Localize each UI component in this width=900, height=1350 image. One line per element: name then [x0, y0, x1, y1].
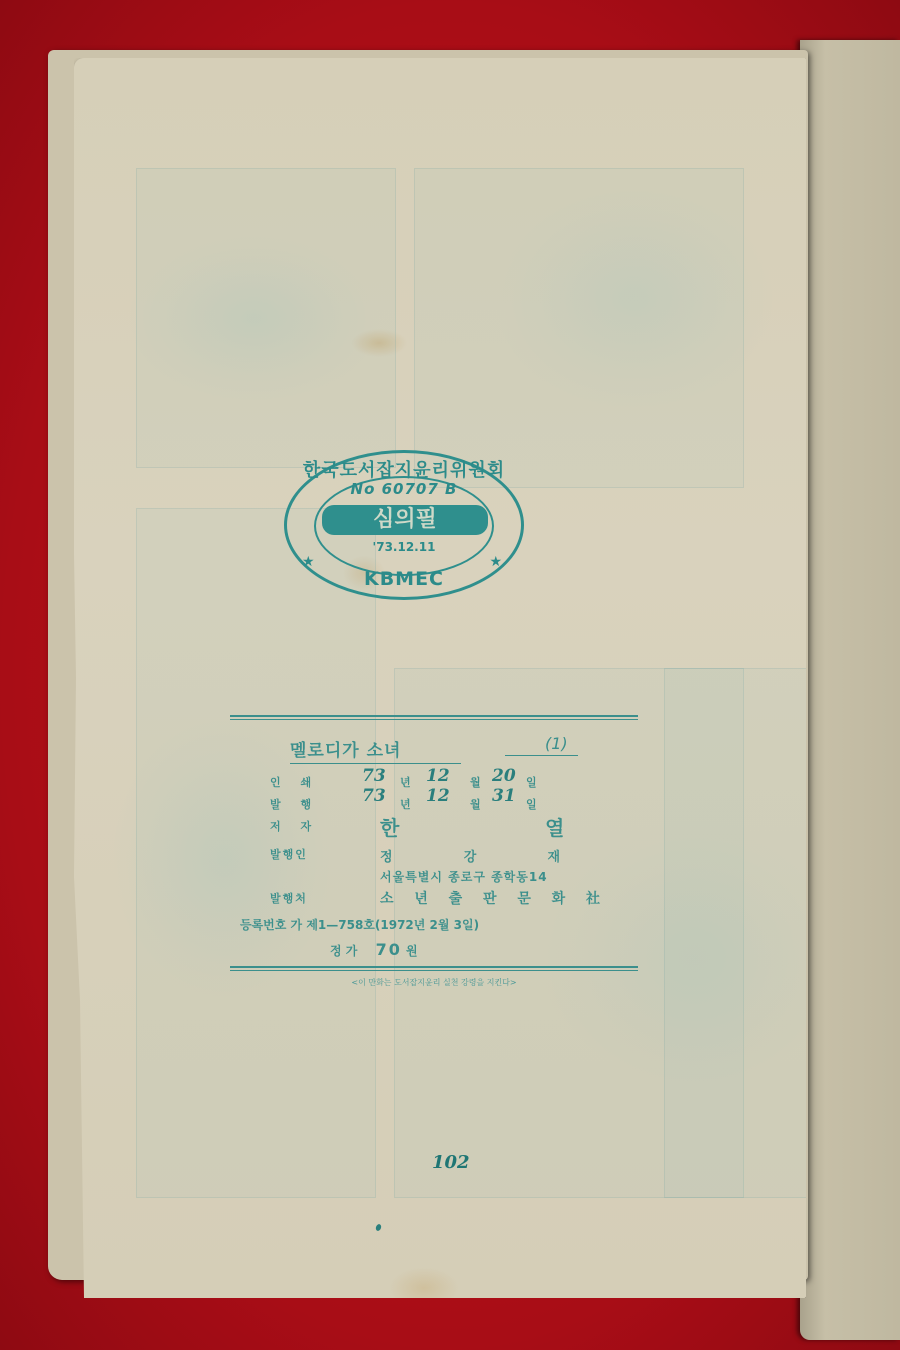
- name-char: 재: [547, 846, 560, 865]
- publisher-char: 문: [517, 888, 531, 908]
- day-unit: 일: [526, 774, 537, 790]
- publisher-person-name: 정 강 재: [380, 846, 560, 865]
- registration-number: 등록번호 가 제1—758호(1972년 2월 3일): [240, 916, 479, 933]
- stamp-serial: No 60707 B: [284, 480, 524, 498]
- address-row: 서울특별시 종로구 종학동14: [230, 864, 638, 886]
- publisher-row: 발행처 소 년 출 판 문 화 社: [230, 886, 638, 912]
- publish-date-label: 발 행: [270, 796, 319, 812]
- year-unit: 년: [400, 796, 411, 812]
- page-number: 102: [432, 1152, 470, 1173]
- publisher-person-label: 발행인: [270, 846, 308, 862]
- author-char: 열: [545, 812, 564, 841]
- day-unit: 일: [526, 796, 537, 812]
- price: 정 가 70 원: [330, 940, 418, 959]
- bottom-double-rule: [230, 966, 638, 971]
- author-char: 한: [380, 812, 399, 841]
- price-unit: 원: [406, 944, 418, 958]
- stamp-code: KBMEC: [284, 568, 524, 590]
- name-char: 강: [464, 846, 477, 865]
- publisher-char: 년: [414, 888, 428, 908]
- price-value: 70: [376, 940, 402, 959]
- publisher-char: 화: [552, 888, 566, 908]
- colophon-block: 멜로디가 소녀 (1) 인 쇄 73 년 12 월 20 일 발 행 73 년 …: [230, 715, 638, 988]
- publisher-label: 발행처: [270, 890, 308, 906]
- top-double-rule: [230, 715, 638, 720]
- year-unit: 년: [400, 774, 411, 790]
- publish-day: 31: [492, 786, 516, 806]
- registration-row: 등록번호 가 제1—758호(1972년 2월 3일): [230, 912, 638, 938]
- publisher-char: 출: [449, 888, 463, 908]
- publisher-char: 판: [483, 888, 497, 908]
- price-label: 정 가: [330, 944, 357, 958]
- price-row: 정 가 70 원: [230, 938, 638, 966]
- volume-number: (1): [505, 734, 578, 756]
- print-month: 12: [426, 766, 450, 786]
- print-date-label: 인 쇄: [270, 774, 319, 790]
- bleed-through-panel: [414, 168, 744, 488]
- colophon-page: [74, 58, 806, 1298]
- month-unit: 월: [470, 796, 481, 812]
- title-row: 멜로디가 소녀 (1): [230, 730, 638, 770]
- ethics-note: <이 만화는 도서잡지윤리 실천 강령을 지킨다>: [230, 977, 638, 988]
- facing-page: [800, 40, 900, 1340]
- publish-date-row: 발 행 73 년 12 월 31 일: [230, 792, 638, 814]
- author-label: 저 자: [270, 818, 319, 834]
- stamp-arc-text: 한국도서잡지윤리위원회: [284, 456, 524, 482]
- author-row: 저 자 한 열: [230, 814, 638, 842]
- bleed-through-panel: [664, 668, 806, 1198]
- stamp-approved-band: 심의필: [322, 505, 488, 535]
- print-year: 73: [362, 766, 386, 786]
- publisher-address: 서울특별시 종로구 종학동14: [380, 868, 548, 885]
- publisher-person-row: 발행인 정 강 재: [230, 842, 638, 864]
- approval-stamp: 한국도서잡지윤리위원회 No 60707 B 심의필 '73.12.11 ★ ★…: [284, 450, 524, 600]
- publish-year: 73: [362, 786, 386, 806]
- bleed-through-panel: [136, 168, 396, 468]
- publish-month: 12: [426, 786, 450, 806]
- publisher-char: 소: [380, 888, 394, 908]
- publisher-name: 소 년 출 판 문 화 社: [380, 888, 600, 908]
- publisher-char: 社: [586, 888, 600, 908]
- book-title: 멜로디가 소녀: [290, 736, 461, 764]
- name-char: 정: [380, 846, 393, 865]
- month-unit: 월: [470, 774, 481, 790]
- print-day: 20: [492, 766, 516, 786]
- stamp-date: '73.12.11: [284, 540, 524, 554]
